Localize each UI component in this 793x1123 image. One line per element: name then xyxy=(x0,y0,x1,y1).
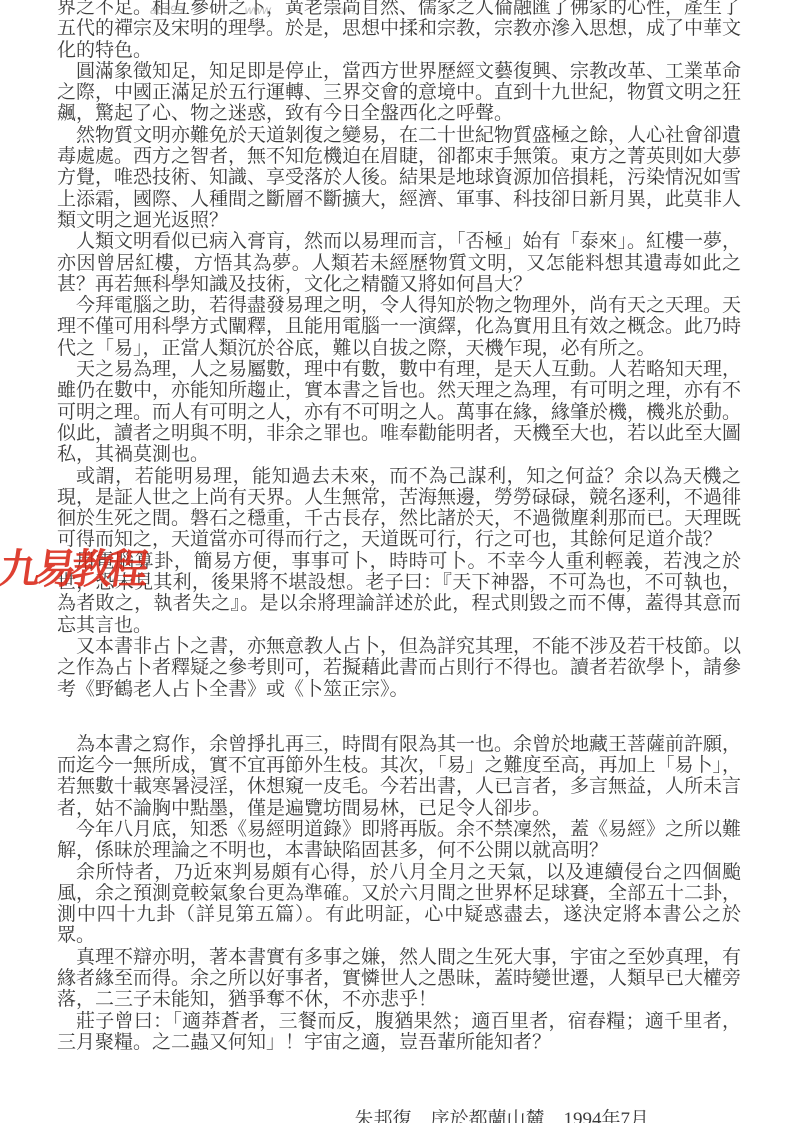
paragraph: 今拜電腦之助，若得盡發易理之明，令人得知於物之物理外，尚有天之天理。天理不僅可用… xyxy=(57,295,741,359)
paragraph: 今年八月底，知悉《易經明道錄》即將再版。余不禁凜然，蓋《易經》之所以難解，係昧於… xyxy=(57,819,741,862)
paragraph: 圓滿象徵知足，知足即是停止，當西方世界歷經文藝復興、宗教改革、工業革命之際，中國… xyxy=(57,61,741,125)
paragraph: 界之不足。相互參研之下，黃老崇尚自然、儒家之人倫融匯了佛家的心性，產生了五代的禪… xyxy=(57,0,741,61)
paragraph: 天之易為理，人之易屬數，理中有數，數中有理，是天人互動。人若略知天理，雖仍在數中… xyxy=(57,359,741,465)
paragraph: 真理不辯亦明，著本書實有多事之嫌，然人間之生死大事，宇宙之至妙真理，有緣者緣至而… xyxy=(57,947,741,1011)
paragraph: 又本書非占卜之書，亦無意教人占卜，但為詳究其理，不能不涉及若干枝節。以之作為占卜… xyxy=(57,636,741,700)
paragraph: 莊子曾曰：「適莽蒼者，三餐而反，腹猶果然；適百里者，宿舂糧；適千里者，三月聚糧。… xyxy=(57,1011,741,1054)
paragraph: 為本書之寫作，余曾掙扎再三，時間有限為其一也。余曾於地藏王菩薩前許願，而迄今一無… xyxy=(57,734,741,819)
paragraph: 余所恃者，乃近來判易頗有心得，於八月全月之天氣，以及連續侵台之四個颱風，余之預測… xyxy=(57,862,741,947)
paragraph: 人類文明看似已病入膏肓，然而以易理而言，「否極」始有「泰來」。紅樓一夢，亦因曾居… xyxy=(57,231,741,295)
document-page: a6399 www com 界之不足。相互參研之下，黃老崇尚自然、儒家之人倫融匯… xyxy=(0,0,793,1123)
paragraph: 或謂，若能明易理，能知過去未來，而不為己謀利，知之何益？余以為天機之現，是証人世… xyxy=(57,466,741,551)
paragraph: 用電腦算卦，簡易方便，事事可卜，時時可卜。不幸今人重利輕義，若洩之於世，恐未見其… xyxy=(57,551,741,636)
document-body: 界之不足。相互參研之下，黃老崇尚自然、儒家之人倫融匯了佛家的心性，產生了五代的禪… xyxy=(57,0,741,1123)
author-signature: 朱邦復 序於都蘭山麓 1994年7月 xyxy=(57,1109,741,1123)
paragraph: 然物質文明亦難免於天道剝復之變易，在二十世紀物質盛極之餘，人心社會卻遺毒處處。西… xyxy=(57,125,741,231)
